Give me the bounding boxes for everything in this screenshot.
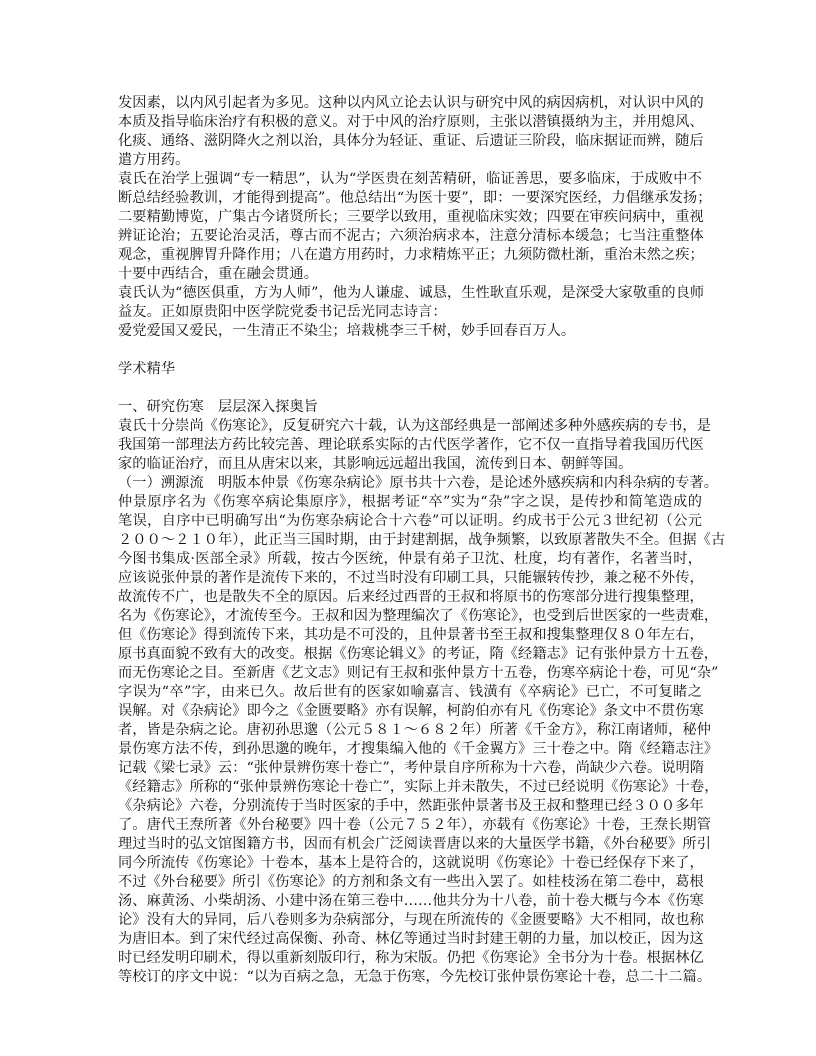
text-line: 了。唐代王焘所著《外台秘要》四十卷（公元７５２年），亦载有《伤寒论》十卷，王焘长…	[118, 816, 702, 835]
text-line: 化痰、通络、滋阴降火之剂以治，具体分为轻证、重证、后遗证三阶段，临床据证而辨，随…	[118, 132, 702, 151]
text-line: 发因素，以内风引起者为多见。这种以内风立论去认识与研究中风的病因病机，对认识中风…	[118, 94, 702, 113]
text-line: 袁氏在治学上强调“专一精思”，认为“学医贵在刻苦精研，临证善思，要多临床，于成败…	[118, 170, 702, 189]
text-line: 为唐旧本。到了宋代经过高保衡、孙奇、林亿等通过当时封建王朝的力量，加以校正，因为…	[118, 930, 702, 949]
text-line: 断总结经验教训，才能得到提高”。他总结出“为医十要”，即：一要深究医经，力倡继承…	[118, 189, 702, 208]
text-line: 笔误，自序中已明确写出“为伤寒杂病论合十六卷”可以证明。约成书于公元３世纪初（公…	[118, 512, 702, 531]
subsection-title: 一、研究伤寒 层层深入探奥旨	[118, 398, 702, 417]
text-line: 本质及指导临床治疗有积极的意义。对于中风的治疗原则，主张以潜镇摄纳为主，并用熄风…	[118, 113, 702, 132]
text-line: 汤、麻黄汤、小柴胡汤、小建中汤在第三卷中……他共分为十八卷，前十卷大概与今本《伤…	[118, 892, 702, 911]
text-line: 时已经发明印刷术，得以重新刻版印行，称为宋版。仍把《伤寒论》全书分为十卷。根据林…	[118, 949, 702, 968]
text-line: 遣方用药。	[118, 151, 702, 170]
text-line: 理过当时的弘文馆图籍方书，因而有机会广泛阅读晋唐以来的大量医学书籍，《外台秘要》…	[118, 835, 702, 854]
text-line: 我国第一部理法方药比较完善、理论联系实际的古代医学著作，它不仅一直指导着我国历代…	[118, 436, 702, 455]
text-line: 《经籍志》所称的“张仲景辨伤寒论十卷亡”，实际上并未散失，不过已经说明《伤寒论》…	[118, 778, 702, 797]
text-line: 袁氏十分崇尚《伤寒论》，反复研究六十载，认为这部经典是一部阐述多种外感疾病的专书…	[118, 417, 702, 436]
text-line: 袁氏认为“德医俱重，方为人师”，他为人谦虚、诚恳，生性耿直乐观，是深受大家敬重的…	[118, 284, 702, 303]
document-page: 发因素，以内风引起者为多见。这种以内风立论去认识与研究中风的病因病机，对认识中风…	[118, 94, 702, 987]
paragraph-block-intro: 发因素，以内风引起者为多见。这种以内风立论去认识与研究中风的病因病机，对认识中风…	[118, 94, 702, 341]
text-line: 不过《外台秘要》所引《伤寒论》的方剂和条文有一些出入罢了。如桂枝汤在第二卷中，葛…	[118, 873, 702, 892]
text-line: 误解。对《杂病论》即今之《金匮要略》亦有误解，柯韵伯亦有凡《伤寒论》条文中不贯伤…	[118, 702, 702, 721]
text-line: 同今所流传《伤寒论》十卷本，基本上是符合的，这就说明《伤寒论》十卷已经保存下来了…	[118, 854, 702, 873]
text-line: 益友。正如原贵阳中医学院党委书记岳光同志诗言：	[118, 303, 702, 322]
text-line: 爱党爱国又爱民，一生清正不染尘；培栽桃李三千树，妙手回春百万人。	[118, 322, 702, 341]
text-line: 而无伤寒论之目。至新唐《艺文志》则记有王叔和张仲景方十五卷，伤寒卒病论十卷，可见…	[118, 664, 702, 683]
spacer	[118, 379, 702, 398]
text-line: 等校订的序文中说：“以为百病之急，无急于伤寒，今先校订张仲景伤寒论十卷，总二十二…	[118, 968, 702, 987]
text-line: 论》没有大的异同，后八卷则多为杂病部分，与现在所流传的《金匮要略》大不相同，故也…	[118, 911, 702, 930]
text-line: 但《伤寒论》得到流传下来，其功是不可没的，且仲景著书至王叔和搜集整理仅８０年左右…	[118, 626, 702, 645]
text-line: 十要中西结合，重在融会贯通。	[118, 265, 702, 284]
spacer	[118, 341, 702, 360]
text-line: 景伤寒方法不传，到孙思邈的晚年，才搜集编入他的《千金翼方》三十卷之中。隋《经籍志…	[118, 740, 702, 759]
text-line: 仲景原序名为《伤寒卒病论集原序》，根据考证“卒”实为“杂”字之误，是传抄和简笔造…	[118, 493, 702, 512]
text-line: 家的临证治疗，而且从唐宋以来，其影响远远超出我国，流传到日本、朝鲜等国。	[118, 455, 702, 474]
text-line: 辨证论治；五要论治灵活，尊古而不泥古；六须治病求本，注意分清标本缓急；七当注重整…	[118, 227, 702, 246]
text-line: 二要精勤博览，广集古今诸贤所长；三要学以致用，重视临床实效；四要在审疾问病中，重…	[118, 208, 702, 227]
text-line: 今图书集成·医部全录》所载，按古今医统，仲景有弟子卫沈、杜度，均有著作，名著当时…	[118, 550, 702, 569]
text-line: 观念，重视脾胃升降作用；八在遣方用药时，力求精炼平正；九须防微杜渐，重治未然之疾…	[118, 246, 702, 265]
text-line: ２００～２１０年），此正当三国时期，由于封建割据，战争频繁，以致原著散失不全。但…	[118, 531, 702, 550]
text-line: 原书真面貌不致有大的改变。根据《伤寒论辑义》的考证，隋《经籍志》记有张仲景方十五…	[118, 645, 702, 664]
text-line: 字误为“卒”字，由来已久。故后世有的医家如喻嘉言、钱潢有《卒病论》已亡，不可复睹…	[118, 683, 702, 702]
text-line: 记载《梁七录》云：“张仲景辨伤寒十卷亡”，考仲景自序所称为十六卷，尚缺少六卷。说…	[118, 759, 702, 778]
section-title: 学术精华	[118, 360, 702, 379]
paragraph-block-shanghan: 袁氏十分崇尚《伤寒论》，反复研究六十载，认为这部经典是一部阐述多种外感疾病的专书…	[118, 417, 702, 987]
text-line: （一）溯源流 明版本仲景《伤寒杂病论》原书共十六卷，是论述外感疾病和内科杂病的专…	[118, 474, 702, 493]
text-line: 应该说张仲景的著作是流传下来的，不过当时没有印刷工具，只能辗转传抄，兼之秘不外传…	[118, 569, 702, 588]
text-line: 故流传不广，也是散失不全的原因。后来经过西晋的王叔和将原书的伤寒部分进行搜集整理…	[118, 588, 702, 607]
text-line: 名为《伤寒论》，才流传至今。王叔和因为整理编次了《伤寒论》，也受到后世医家的一些…	[118, 607, 702, 626]
text-line: 《杂病论》六卷，分别流传于当时医家的手中，然距张仲景著书及王叔和整理已经３００多…	[118, 797, 702, 816]
text-line: 者，皆是杂病之论。唐初孙思邈（公元５８１～６８２年）所著《千金方》，称江南诸师，…	[118, 721, 702, 740]
